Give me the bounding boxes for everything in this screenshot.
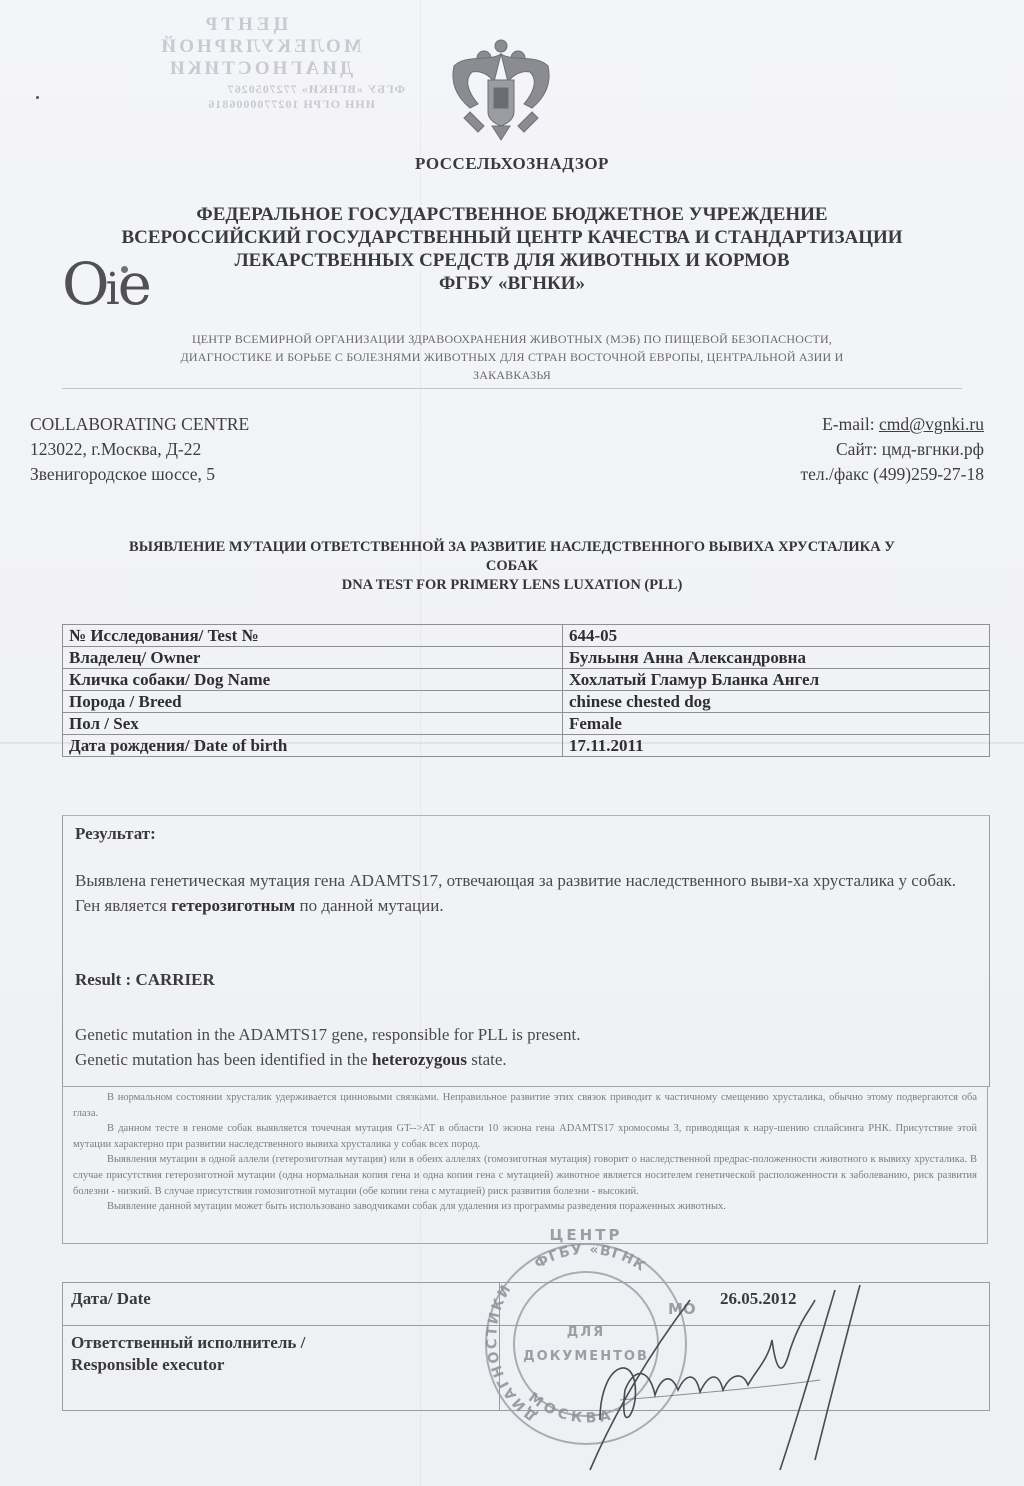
text: Genetic mutation has been identified in … bbox=[75, 1050, 372, 1069]
result-ru-line: Выявлена генетическая мутация гена ADAMT… bbox=[75, 868, 980, 893]
address-line: COLLABORATING CENTRE bbox=[30, 412, 249, 437]
website: Сайт: цмд-вгнки.рф bbox=[800, 437, 984, 462]
result-ru-gene: Ген является гетерозиготным по данной му… bbox=[75, 893, 980, 918]
fine-print-explanation: В нормальном состоянии хрусталик удержив… bbox=[62, 1086, 988, 1244]
field-label: Дата рождения/ Date of birth bbox=[63, 735, 563, 757]
institution-line: ФГБУ «ВГНКИ» bbox=[0, 272, 1024, 295]
test-title: ВЫЯВЛЕНИЕ МУТАЦИИ ОТВЕТСТВЕННОЙ ЗА РАЗВИ… bbox=[0, 538, 1024, 595]
email-line: E-mail: cmd@vgnki.ru bbox=[800, 412, 984, 437]
result-status: Result : CARRIER bbox=[75, 970, 215, 990]
ghost-stamp-line: МОЛЕКУЛЯРНОЙ bbox=[95, 36, 425, 58]
executor-label-en: Responsible executor bbox=[71, 1354, 491, 1376]
field-label: № Исследования/ Test № bbox=[63, 625, 563, 647]
result-text-ru: Выявлена генетическая мутация гена ADAMT… bbox=[75, 868, 980, 918]
email-link[interactable]: cmd@vgnki.ru bbox=[879, 414, 984, 434]
ghost-stamp-line: ФГБУ «ВГНКИ» 7727050267 bbox=[95, 82, 425, 97]
executor-label: Ответственный исполнитель / Responsible … bbox=[63, 1326, 500, 1411]
field-value: 17.11.2011 bbox=[563, 735, 990, 757]
date-value: 26.05.2012 bbox=[500, 1283, 990, 1326]
postal-address: COLLABORATING CENTRE 123022, г.Москва, Д… bbox=[30, 412, 249, 487]
result-en-zygosity: Genetic mutation has been identified in … bbox=[75, 1047, 581, 1072]
field-value: chinese chested dog bbox=[563, 691, 990, 713]
field-value: 644-05 bbox=[563, 625, 990, 647]
fine-print-paragraph: Выявление данной мутации может быть испо… bbox=[73, 1199, 977, 1215]
zygosity-ru: гетерозиготным bbox=[171, 896, 295, 915]
executor-row: Ответственный исполнитель / Responsible … bbox=[63, 1326, 990, 1411]
address-line: Звенигородское шоссе, 5 bbox=[30, 462, 249, 487]
field-value: Бульыня Анна Александровна bbox=[563, 647, 990, 669]
phone-fax: тел./факс (499)259-27-18 bbox=[800, 462, 984, 487]
field-label: Владелец/ Owner bbox=[63, 647, 563, 669]
title-en: DNA TEST FOR PRIMERY LENS LUXATION (PLL) bbox=[0, 576, 1024, 595]
institution-name: ФЕДЕРАЛЬНОЕ ГОСУДАРСТВЕННОЕ БЮДЖЕТНОЕ УЧ… bbox=[0, 203, 1024, 295]
crown-icon bbox=[121, 266, 128, 273]
executor-label-ru: Ответственный исполнитель / bbox=[71, 1332, 491, 1354]
contact-info: E-mail: cmd@vgnki.ru Сайт: цмд-вгнки.рф … bbox=[800, 412, 984, 487]
result-text-en: Genetic mutation in the ADAMTS17 gene, r… bbox=[75, 1022, 581, 1072]
table-row: Кличка собаки/ Dog NameХохлатый Гламур Б… bbox=[63, 669, 990, 691]
table-row: Дата рождения/ Date of birth17.11.2011 bbox=[63, 735, 990, 757]
field-value: Хохлатый Гламур Бланка Ангел bbox=[563, 669, 990, 691]
fine-print-paragraph: В данном тесте в геноме собак выявляется… bbox=[73, 1121, 977, 1152]
result-en-line: Genetic mutation in the ADAMTS17 gene, r… bbox=[75, 1022, 581, 1047]
result-label-ru: Результат: bbox=[75, 824, 156, 844]
result-section: Результат: Выявлена генетическая мутация… bbox=[62, 815, 990, 1087]
date-label: Дата/ Date bbox=[63, 1283, 500, 1326]
table-row: Порода / Breedchinese chested dog bbox=[63, 691, 990, 713]
oie-line: ДИАГНОСТИКЕ И БОРЬБЕ С БОЛЕЗНЯМИ ЖИВОТНЫ… bbox=[40, 348, 984, 366]
text: state. bbox=[467, 1050, 507, 1069]
ghost-stamp-line: ИНН ОГРН 1027700006816 bbox=[95, 97, 425, 112]
title-ru-cont: СОБАК bbox=[0, 557, 1024, 576]
field-label: Кличка собаки/ Dog Name bbox=[63, 669, 563, 691]
ghost-stamp-line: ДИАГНОСТИКИ bbox=[95, 58, 425, 80]
date-row: Дата/ Date 26.05.2012 bbox=[63, 1283, 990, 1326]
title-ru: ВЫЯВЛЕНИЕ МУТАЦИИ ОТВЕТСТВЕННОЙ ЗА РАЗВИ… bbox=[0, 538, 1024, 557]
table-row: Пол / SexFemale bbox=[63, 713, 990, 735]
ghost-stamp-line: ЦЕНТР bbox=[95, 14, 395, 36]
oie-line: ЦЕНТР ВСЕМИРНОЙ ОРГАНИЗАЦИИ ЗДРАВООХРАНЕ… bbox=[40, 330, 984, 348]
field-label: Порода / Breed bbox=[63, 691, 563, 713]
russian-coat-of-arms-icon bbox=[448, 36, 554, 144]
table-row: Владелец/ OwnerБульыня Анна Александровн… bbox=[63, 647, 990, 669]
oie-center-description: ЦЕНТР ВСЕМИРНОЙ ОРГАНИЗАЦИИ ЗДРАВООХРАНЕ… bbox=[40, 330, 984, 384]
bleed-through-stamp: ЦЕНТР МОЛЕКУЛЯРНОЙ ДИАГНОСТИКИ ФГБУ «ВГН… bbox=[95, 14, 425, 112]
fine-print-paragraph: Выявления мутации в одной аллели (гетеро… bbox=[73, 1152, 977, 1199]
agency-name: РОССЕЛЬХОЗНАДЗОР bbox=[0, 154, 1024, 174]
oie-line: ЗАКАВКАЗЬЯ bbox=[40, 366, 984, 384]
speck bbox=[36, 96, 39, 99]
signature-table: Дата/ Date 26.05.2012 Ответственный испо… bbox=[62, 1282, 990, 1411]
text: Ген является bbox=[75, 896, 171, 915]
address-line: 123022, г.Москва, Д-22 bbox=[30, 437, 249, 462]
fine-print-paragraph: В нормальном состоянии хрусталик удержив… bbox=[73, 1090, 977, 1121]
institution-line: ЛЕКАРСТВЕННЫХ СРЕДСТВ ДЛЯ ЖИВОТНЫХ И КОР… bbox=[0, 249, 1024, 272]
field-value: Female bbox=[563, 713, 990, 735]
specimen-info-table: № Исследования/ Test №644-05Владелец/ Ow… bbox=[62, 624, 990, 757]
executor-signature-cell bbox=[500, 1326, 990, 1411]
zygosity-en: heterozygous bbox=[372, 1050, 467, 1069]
header-divider bbox=[62, 388, 962, 389]
text: по данной мутации. bbox=[295, 896, 443, 915]
field-label: Пол / Sex bbox=[63, 713, 563, 735]
email-label: E-mail: bbox=[822, 414, 879, 434]
table-row: № Исследования/ Test №644-05 bbox=[63, 625, 990, 647]
oie-logo: Oie bbox=[62, 254, 148, 320]
institution-line: ФЕДЕРАЛЬНОЕ ГОСУДАРСТВЕННОЕ БЮДЖЕТНОЕ УЧ… bbox=[0, 203, 1024, 226]
institution-line: ВСЕРОССИЙСКИЙ ГОСУДАРСТВЕННЫЙ ЦЕНТР КАЧЕ… bbox=[0, 226, 1024, 249]
